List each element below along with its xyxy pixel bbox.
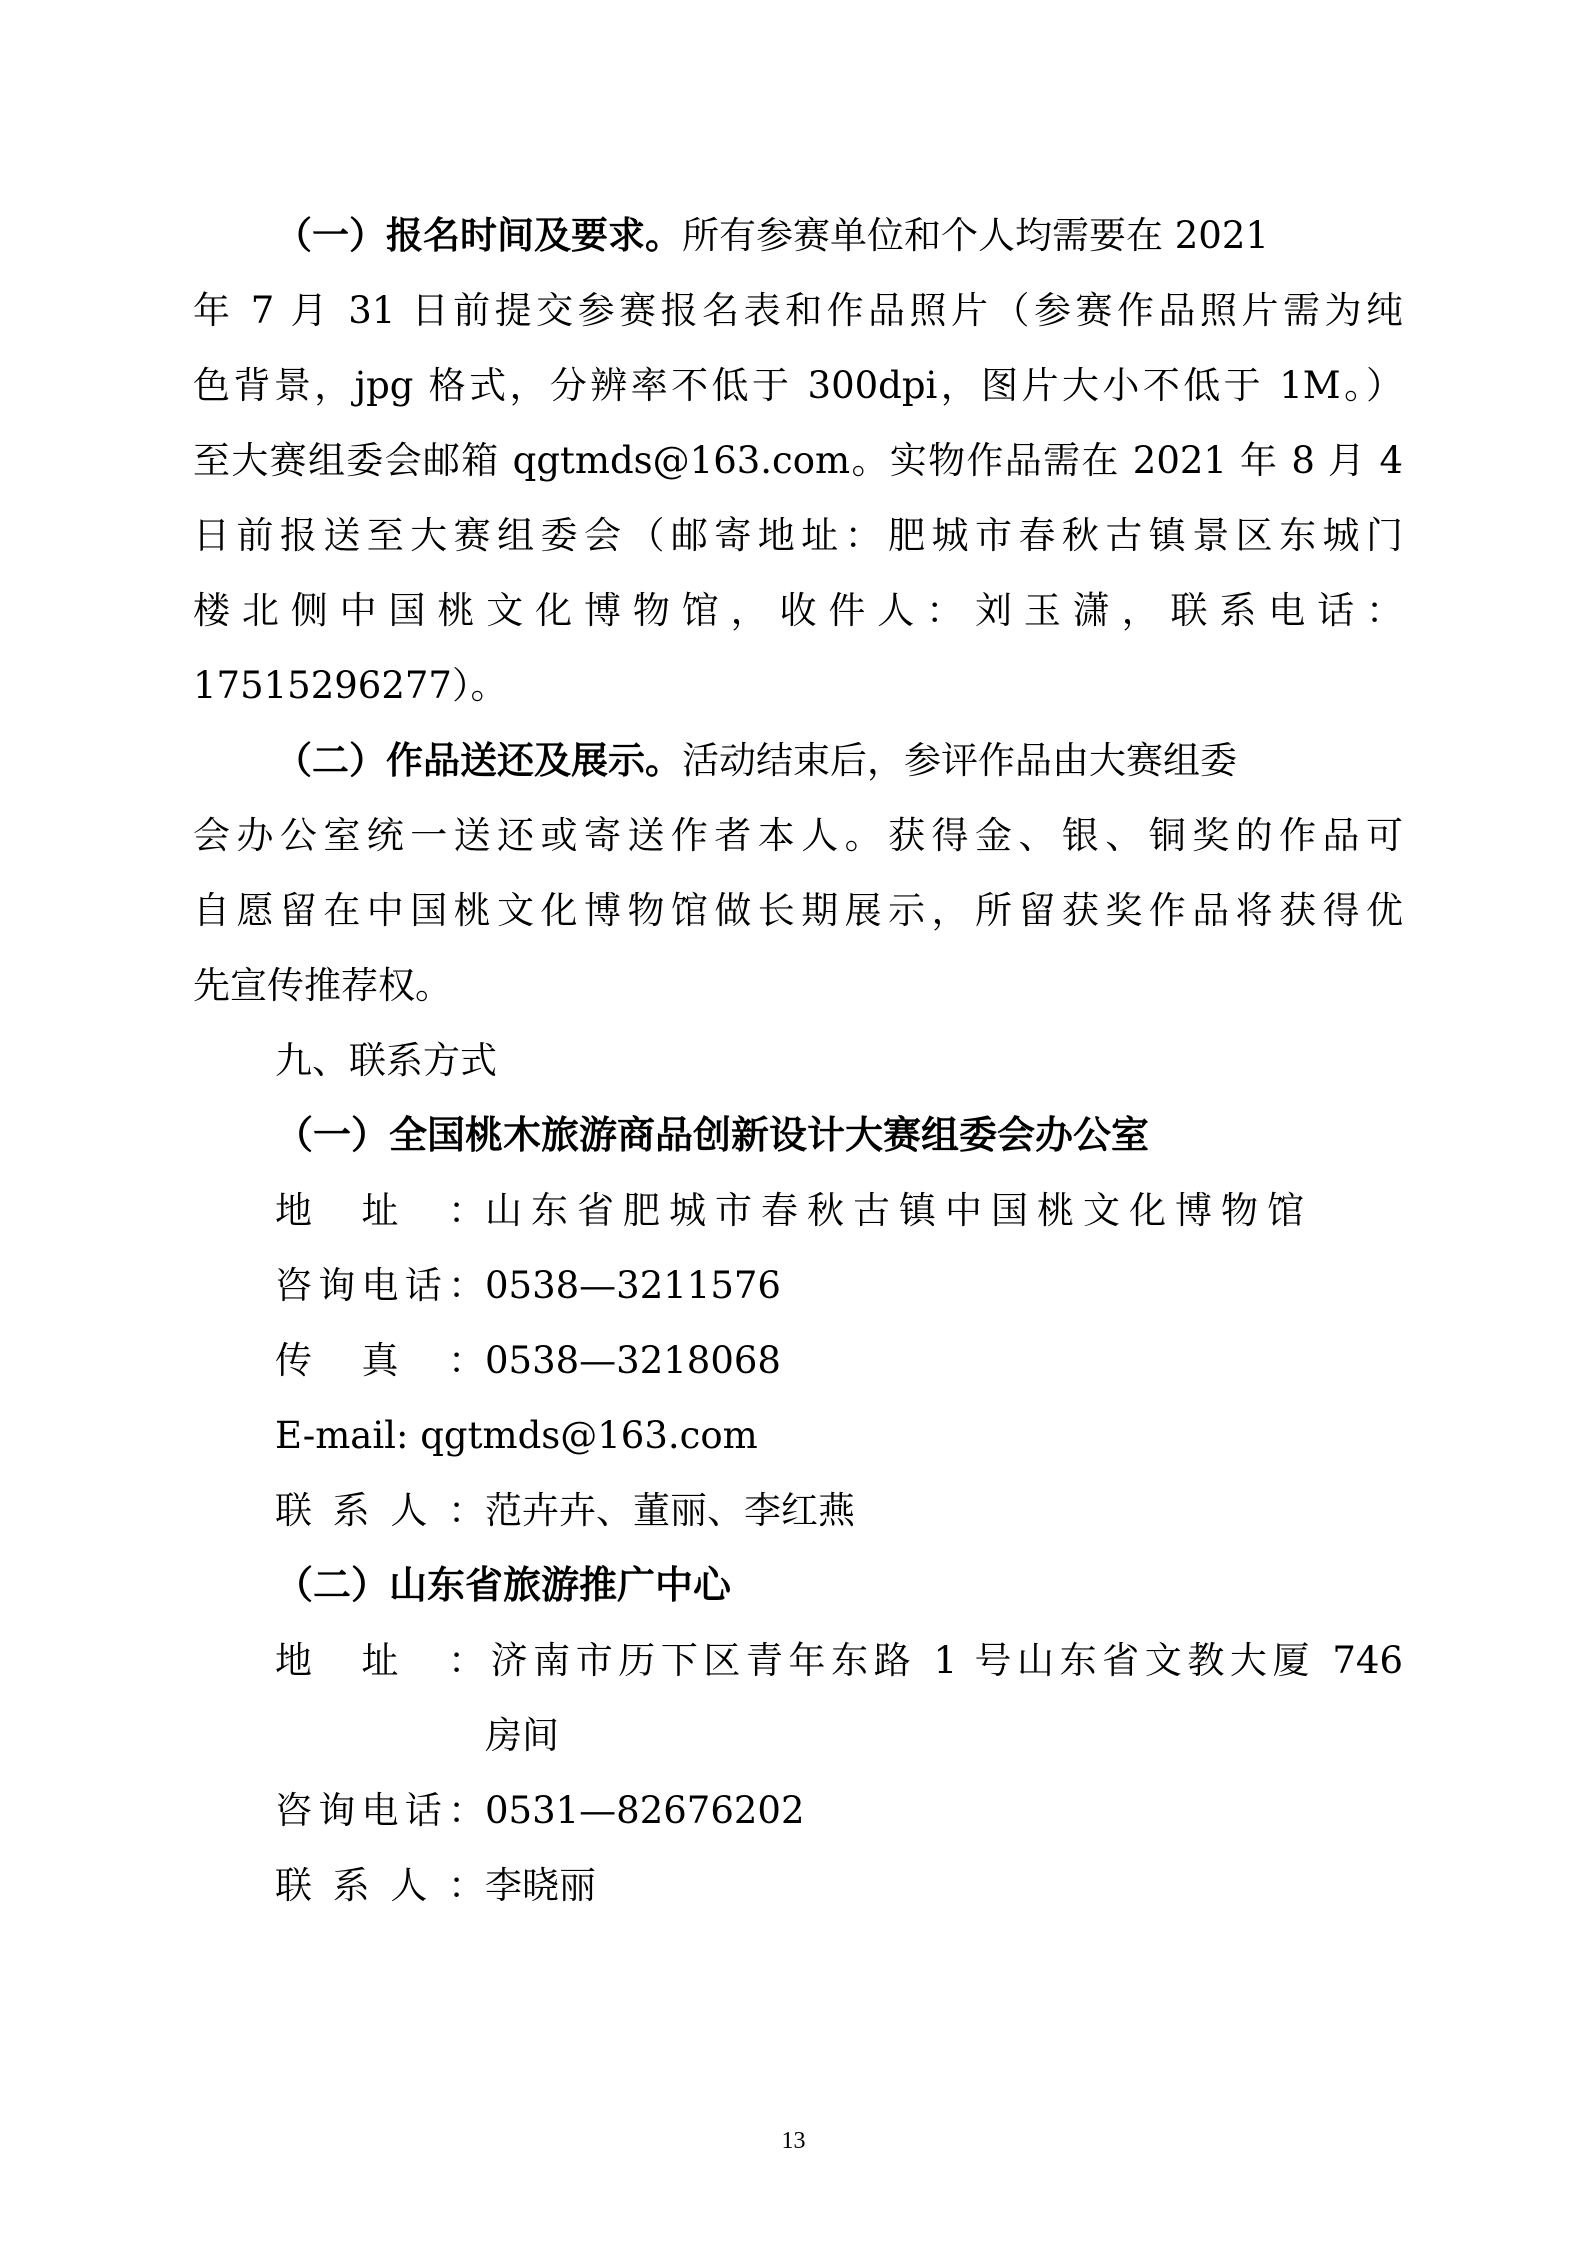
- org2-phone-row: 咨询电话：0531—82676202: [275, 1773, 1403, 1848]
- paragraph-registration-line-5: 日前报送至大赛组委会（邮寄地址：肥城市春秋古镇景区东城门: [193, 498, 1403, 573]
- page-number: 13: [0, 2128, 1587, 2155]
- org1-email-value[interactable]: qgtmds@163.com: [420, 1414, 757, 1457]
- paragraph-registration-line-7: 17515296277）。: [193, 648, 1403, 723]
- org1-contact-row: 联系人：范卉卉、董丽、李红燕: [275, 1473, 1403, 1548]
- org1-contact-value: 范卉卉、董丽、李红燕: [485, 1489, 855, 1532]
- paragraph-return-line-3: 自愿留在中国桃文化博物馆做长期展示，所留获奖作品将获得优: [193, 873, 1403, 948]
- org2-address-value-1: 济南市历下区青年东路 1 号山东省文教大厦 746: [485, 1639, 1403, 1682]
- paragraph-return-line-2: 会办公室统一送还或寄送作者本人。获得金、银、铜奖的作品可: [193, 798, 1403, 873]
- paragraph-return-line-4: 先宣传推荐权。: [193, 948, 1403, 1023]
- paragraph-registration-line-1: （一）报名时间及要求。所有参赛单位和个人均需要在 2021: [275, 198, 1403, 273]
- org1-address-value: 山东省肥城市春秋古镇中国桃文化博物馆: [485, 1189, 1313, 1232]
- section-title-contact: 九、联系方式: [275, 1023, 1403, 1098]
- org1-address-row: 地址：山东省肥城市春秋古镇中国桃文化博物馆: [275, 1173, 1403, 1248]
- org1-heading: （一）全国桃木旅游商品创新设计大赛组委会办公室: [275, 1098, 1403, 1173]
- org1-contact-label: 联系人：: [275, 1473, 485, 1548]
- org2-phone-label: 咨询电话：: [275, 1773, 485, 1848]
- org2-heading: （二）山东省旅游推广中心: [275, 1548, 1403, 1623]
- org1-fax-row: 传真：0538—3218068: [275, 1323, 1403, 1398]
- org1-fax-label: 传真：: [275, 1323, 485, 1398]
- org2-contact-label: 联系人：: [275, 1848, 485, 1923]
- org1-email-row: E-mail: qgtmds@163.com: [275, 1398, 1403, 1473]
- org2-address-continuation: 房间: [485, 1698, 1385, 1773]
- org2-contact-value: 李晓丽: [485, 1864, 596, 1907]
- paragraph-registration-line-4: 至大赛组委会邮箱 qgtmds@163.com。实物作品需在 2021 年 8 …: [193, 423, 1403, 498]
- return-heading: （二）作品送还及展示。: [275, 739, 682, 782]
- org1-fax-value: 0538—3218068: [485, 1339, 781, 1382]
- registration-heading: （一）报名时间及要求。: [275, 214, 682, 257]
- org1-phone-row: 咨询电话：0538—3211576: [275, 1248, 1403, 1323]
- paragraph-registration-line-6: 楼北侧中国桃文化博物馆，收件人：刘玉潇，联系电话：: [193, 573, 1403, 648]
- org2-contact-row: 联系人：李晓丽: [275, 1848, 1403, 1923]
- org1-address-label: 地址：: [275, 1173, 485, 1248]
- org1-phone-label: 咨询电话：: [275, 1248, 485, 1323]
- org1-phone-value: 0538—3211576: [485, 1264, 781, 1307]
- org2-address-label: 地址：: [275, 1623, 485, 1698]
- paragraph-return-line-1: （二）作品送还及展示。活动结束后，参评作品由大赛组委: [275, 723, 1403, 798]
- paragraph-registration-line-3: 色背景，jpg 格式，分辨率不低于 300dpi，图片大小不低于 1M。）: [193, 348, 1403, 423]
- org2-phone-value: 0531—82676202: [485, 1789, 805, 1832]
- org1-email-label: E-mail:: [275, 1414, 408, 1457]
- paragraph-registration-line-2: 年 7 月 31 日前提交参赛报名表和作品照片（参赛作品照片需为纯: [193, 273, 1403, 348]
- document-page: （一）报名时间及要求。所有参赛单位和个人均需要在 2021 年 7 月 31 日…: [0, 0, 1587, 2245]
- org2-address-row: 地址：济南市历下区青年东路 1 号山东省文教大厦 746: [275, 1623, 1403, 1698]
